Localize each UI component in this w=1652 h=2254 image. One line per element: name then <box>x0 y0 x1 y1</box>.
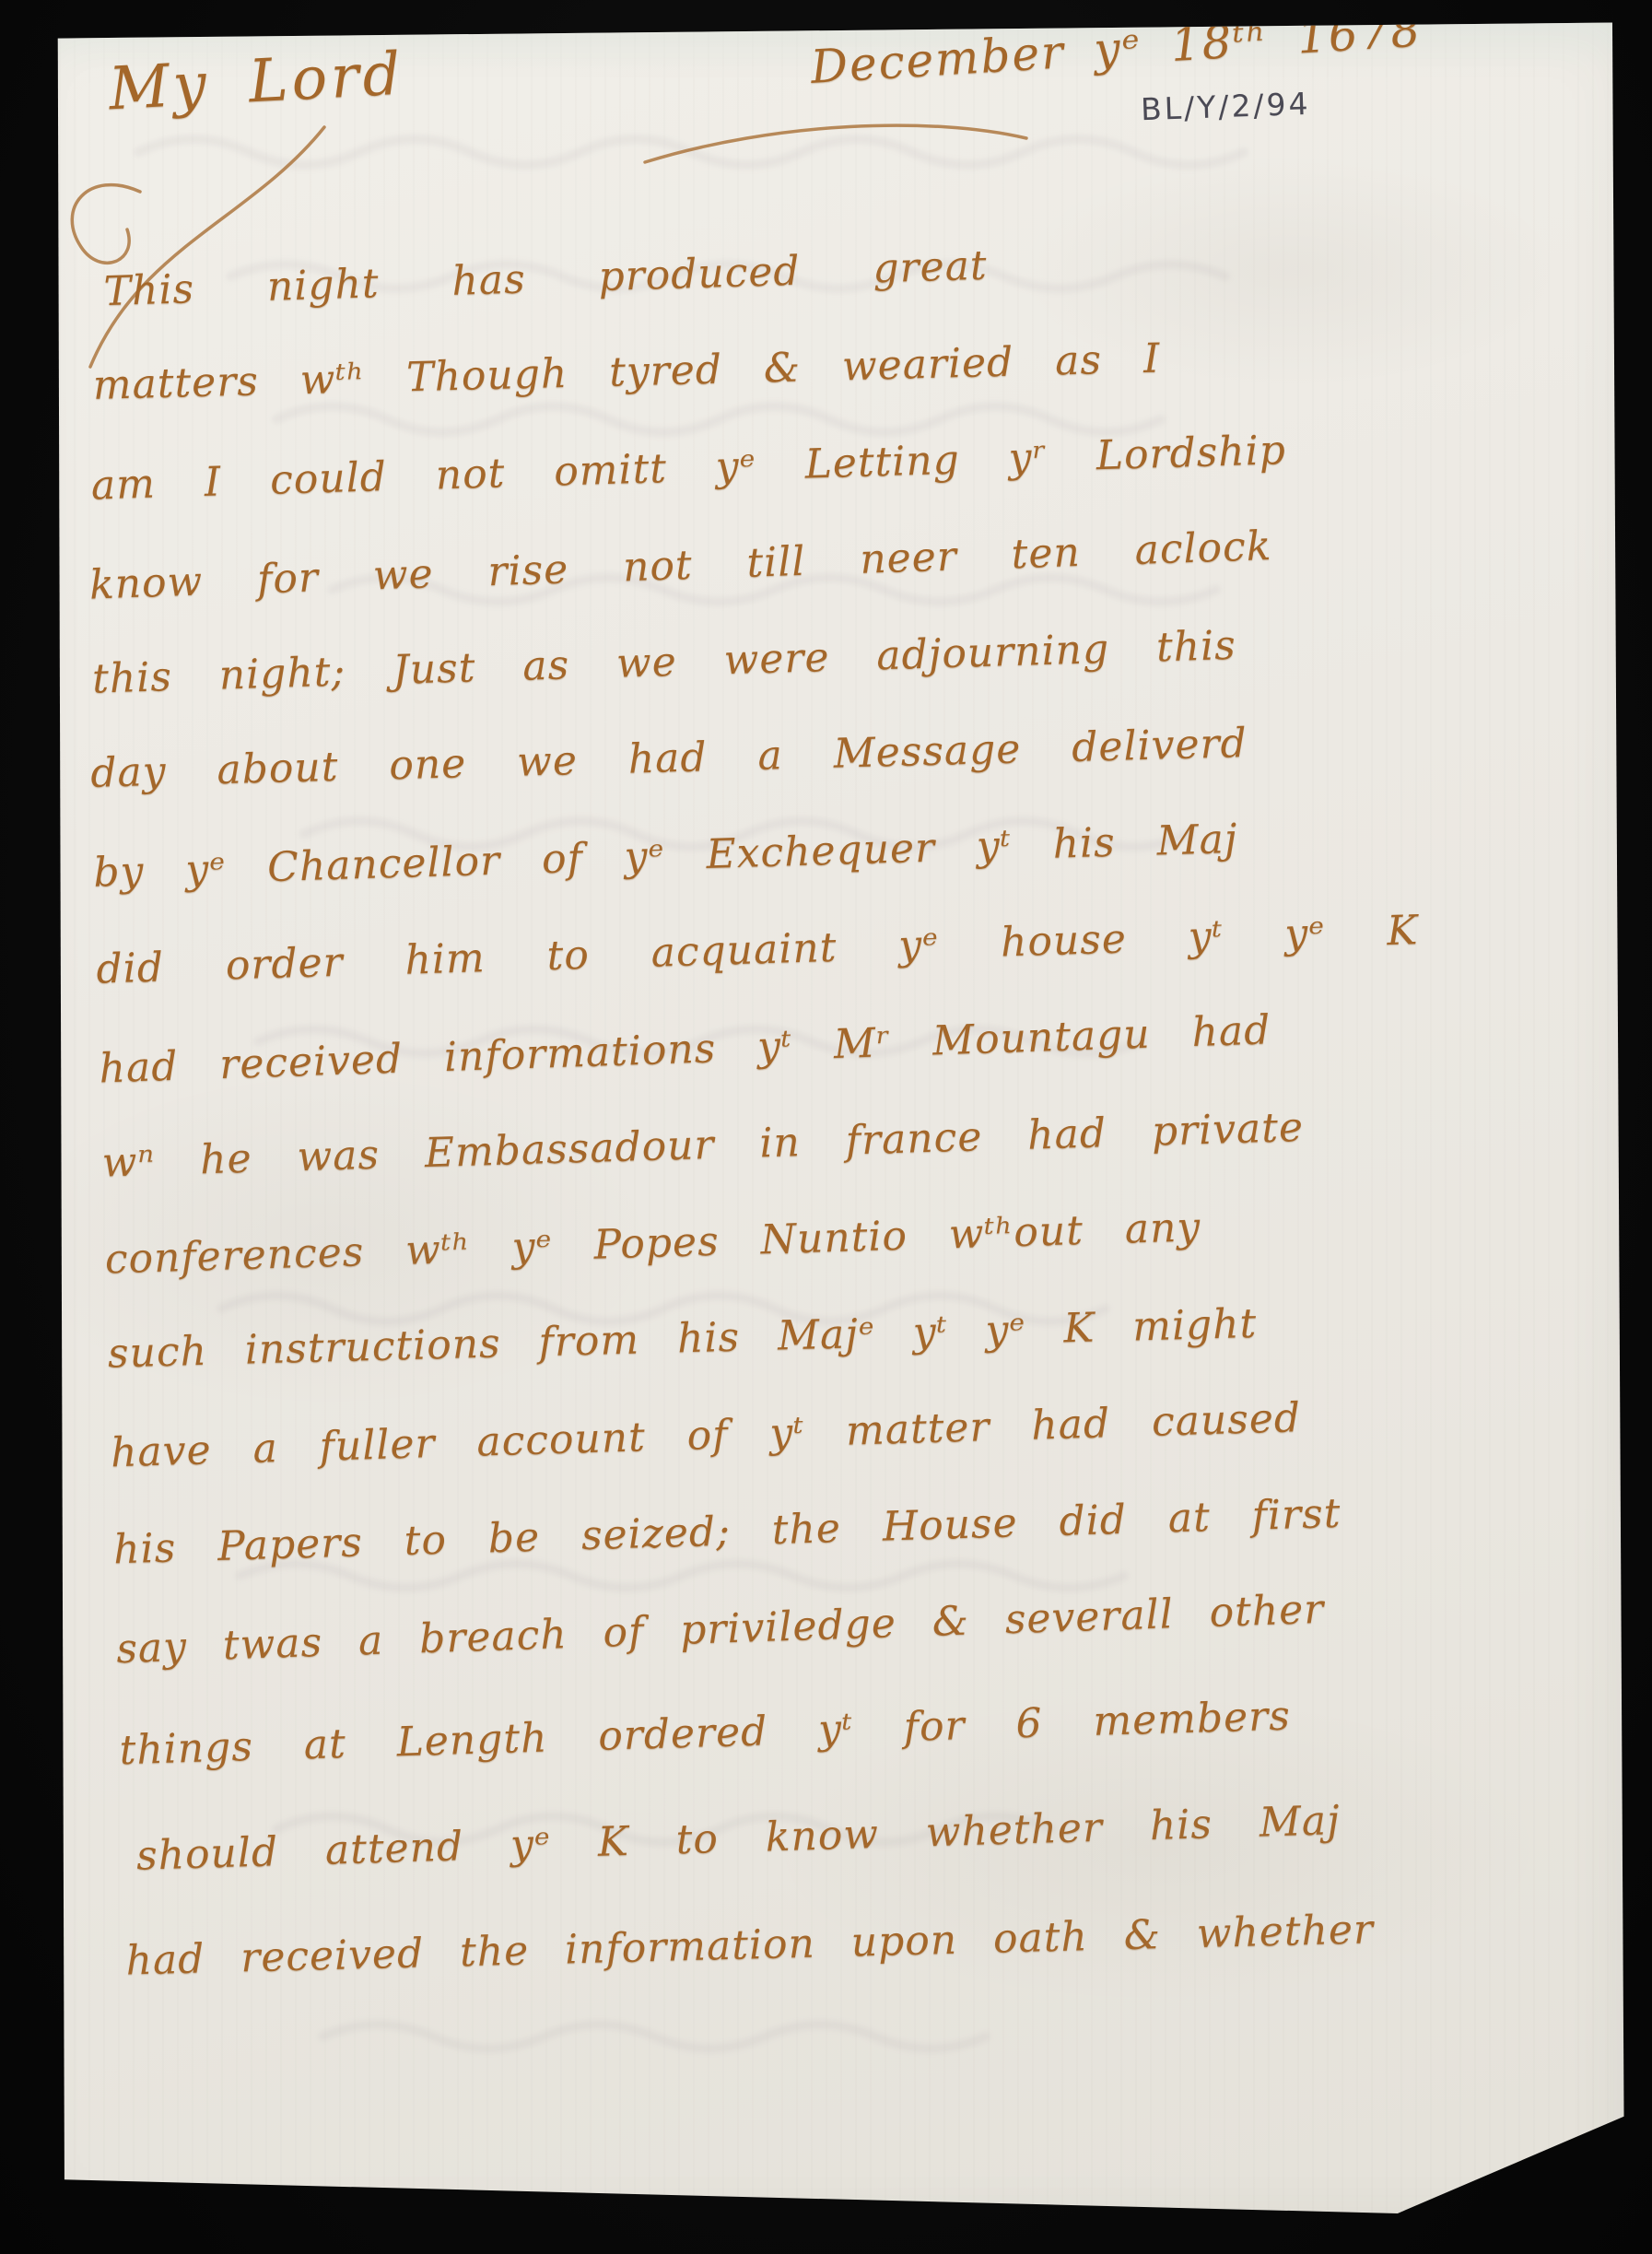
letter-line: this night; Just as we were adjourning t… <box>91 611 1618 753</box>
letter-line: did order him to acquaint yᵉ house yᵗ yᵉ… <box>96 900 1627 1042</box>
archive-reference-pencil: BL/Y/2/94 <box>1140 86 1311 127</box>
letter-line: should attend yᵉ K to know whether his M… <box>135 1788 1652 1930</box>
letter-line: say twas a breach of priviledge & severa… <box>116 1575 1648 1722</box>
letter-line: day about one we had a Message deliverd <box>90 710 1622 846</box>
letter-line: know for we rise not till neer ten acloc… <box>88 511 1616 659</box>
letter-line: such instructions from his Majᵉ yᵗ yᵉ K … <box>107 1290 1638 1426</box>
letter-line: his Papers to be seized; the House did a… <box>112 1481 1644 1623</box>
photographed-letter-scan: My Lord December yᵉ 18ᵗʰ 1678 BL/Y/2/94 … <box>0 0 1652 2254</box>
salutation-flourish-stroke <box>90 127 324 367</box>
letter-line: conferences wᵗʰ yᵉ Popes Nuntio wᵗʰout a… <box>104 1191 1635 1332</box>
salutation-curl-stroke <box>72 185 140 264</box>
date-line: December yᵉ 18ᵗʰ 1678 <box>809 3 1424 93</box>
letter-line: by yᵉ Chancellor of yᵉ Exchequer yᵗ his … <box>93 804 1624 945</box>
letter-line: have a fuller account of yᵗ matter had c… <box>110 1384 1641 1526</box>
letter-body: This night has produced great matters wᵗ… <box>76 224 1652 2037</box>
letter-paper: My Lord December yᵉ 18ᵗʰ 1678 BL/Y/2/94 … <box>0 0 1652 2254</box>
letter-line: had received the information upon oath &… <box>125 1899 1652 2035</box>
letter-line: am I could not omitt yᵉ Letting yʳ Lords… <box>90 417 1612 559</box>
letter-line: things at Length ordered yᵗ for 6 member… <box>119 1682 1650 1824</box>
salutation: My Lord <box>107 41 405 124</box>
letter-line: This night has produced great <box>103 224 1607 365</box>
letter-line: had received informations yᵗ Mʳ Mountagu… <box>99 994 1631 1142</box>
date-flourish-stroke <box>645 125 1026 162</box>
letter-line: wⁿ he was Embassadour in france had priv… <box>101 1094 1633 1236</box>
pen-flourishes <box>0 0 1652 2254</box>
letter-line: matters wᵗʰ Though tyred & wearied as I <box>92 323 1610 459</box>
showthrough-ghost-writing <box>0 0 1652 2254</box>
